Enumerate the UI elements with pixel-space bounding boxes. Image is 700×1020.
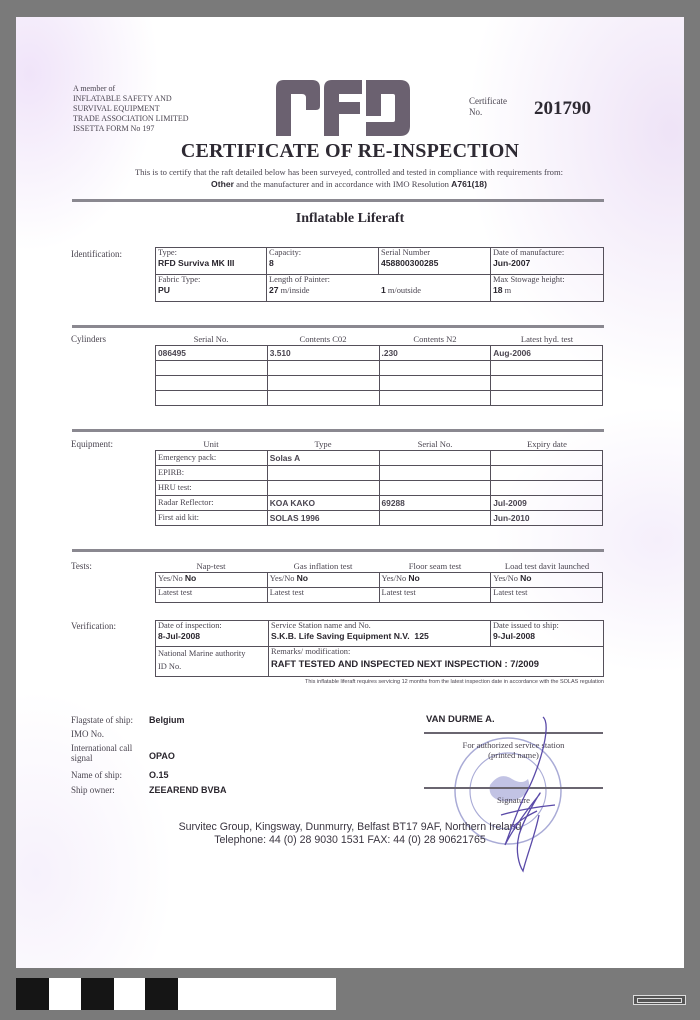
field-label: National Marine authority: [158, 647, 266, 660]
table-cell: [491, 391, 603, 406]
latest-test-cell: Latest test: [491, 588, 603, 603]
inspection-date-cell: Date of inspection:8-Jul-2008: [156, 621, 269, 647]
remarks-value: RAFT TESTED AND INSPECTED NEXT INSPECTIO…: [271, 659, 601, 669]
table-cell: [156, 361, 268, 376]
verification-table: Date of inspection:8-Jul-2008 Service St…: [155, 620, 604, 677]
certificate-number-label: Certificate No.: [469, 96, 507, 118]
archive-label-barcode: [637, 998, 682, 1003]
table-cell: First aid kit:: [156, 511, 268, 526]
field-label: Length of Painter:: [269, 275, 488, 285]
remarks-cell: Remarks/ modification:RAFT TESTED AND IN…: [269, 647, 604, 677]
yes-no-label: Yes/No: [158, 574, 183, 583]
field-label: International call: [71, 743, 132, 753]
yes-no-label: Yes/No: [493, 574, 518, 583]
tests-label: Tests:: [71, 561, 92, 571]
page-title: CERTIFICATE OF RE-INSPECTION: [0, 140, 700, 163]
table-cell: Radar Reflector:: [156, 496, 268, 511]
tests-column-headers: Nap-test Gas inflation test Floor seam t…: [155, 561, 603, 571]
table-cell: Emergency pack:: [156, 451, 268, 466]
certify-text: and the manufacturer and in accordance w…: [236, 179, 449, 189]
field-label: Serial Number: [381, 248, 488, 258]
stowage-cell: Max Stowage height:18 m: [491, 275, 604, 302]
rfd-logo-icon: [276, 80, 410, 136]
scan-calibration-block-black: [81, 978, 114, 1010]
table-cell: [267, 481, 379, 496]
field-label: Remarks/ modification:: [271, 647, 601, 657]
table-cell: [267, 376, 379, 391]
column-header: Expiry date: [491, 439, 603, 449]
column-header: Floor seam test: [379, 561, 491, 571]
fabric-value: PU: [158, 285, 264, 295]
table-row: Radar Reflector:KOA KAKO69288Jul-2009: [156, 496, 603, 511]
latest-test-cell: Latest test: [267, 588, 379, 603]
identification-label: Identification:: [71, 249, 122, 259]
ship-name-value: O.15: [149, 770, 169, 780]
identification-table: Type:RFD Surviva MK III Capacity:8 Seria…: [155, 247, 604, 302]
column-header: Contents N2: [379, 334, 491, 344]
table-cell: [379, 361, 491, 376]
table-cell: [491, 451, 603, 466]
table-cell: Aug-2006: [491, 346, 603, 361]
imo-resolution: A761(18): [451, 179, 487, 189]
certify-line: Other and the manufacturer and in accord…: [60, 178, 638, 190]
scan-calibration-block-black: [145, 978, 178, 1010]
inspector-name: VAN DURME A.: [426, 714, 495, 725]
table-cell: .230: [379, 346, 491, 361]
column-header: Contents C02: [267, 334, 379, 344]
scan-calibration-block-black: [16, 978, 49, 1010]
tests-table: Yes/No No Yes/No No Yes/No No Yes/No No …: [155, 572, 603, 603]
table-cell: HRU test:: [156, 481, 268, 496]
member-line: ISSETTA FORM No 197: [73, 124, 189, 134]
test-result: No: [297, 573, 308, 583]
association-membership: A member of INFLATABLE SAFETY AND SURVIV…: [73, 84, 189, 134]
table-cell: Jul-2009: [491, 496, 603, 511]
capacity-cell: Capacity:8: [267, 248, 379, 275]
address-line: Survitec Group, Kingsway, Dunmurry, Belf…: [0, 821, 700, 834]
gas-inflation-result: Yes/No No: [267, 573, 379, 588]
issued-date: 9-Jul-2008: [493, 631, 601, 641]
phone-line: Telephone: 44 (0) 28 9030 1531 FAX: 44 (…: [0, 834, 700, 847]
capacity-value: 8: [269, 258, 376, 268]
unit-label: m/outside: [388, 286, 421, 295]
table-cell: [491, 361, 603, 376]
field-label: Date of manufacture:: [493, 248, 601, 258]
callsign-value: OPAO: [149, 751, 175, 761]
field-label: Type:: [158, 248, 264, 258]
scan-calibration-block-white: [114, 978, 145, 1010]
type-cell: Type:RFD Surviva MK III: [156, 248, 267, 275]
column-header: Unit: [155, 439, 267, 449]
field-label: Date issued to ship:: [493, 621, 601, 631]
owner-value: ZEEAREND BVBA: [149, 785, 227, 795]
field-label: Service Station name and No.: [271, 621, 488, 631]
table-row: Emergency pack:Solas A: [156, 451, 603, 466]
field-label: Max Stowage height:: [493, 275, 601, 285]
painter-inside-value: 27: [269, 285, 279, 295]
yes-no-label: Yes/No: [382, 574, 407, 583]
painter-cell: Length of Painter: 27 m/inside 1 m/outsi…: [267, 275, 491, 302]
equipment-table: Emergency pack:Solas AEPIRB:HRU test:Rad…: [155, 450, 603, 526]
column-header: Gas inflation test: [267, 561, 379, 571]
certify-line: This is to certify that the raft detaile…: [60, 166, 638, 178]
table-row: [156, 376, 603, 391]
fabric-cell: Fabric Type:PU: [156, 275, 267, 302]
table-row: [156, 361, 603, 376]
latest-test-cell: Latest test: [379, 588, 491, 603]
table-cell: [156, 391, 268, 406]
equipment-label: Equipment:: [71, 439, 113, 449]
issued-date-cell: Date issued to ship:9-Jul-2008: [491, 621, 604, 647]
field-label: Capacity:: [269, 248, 376, 258]
inspection-date: 8-Jul-2008: [158, 631, 266, 641]
authority-cell: National Marine authorityID No.: [156, 647, 269, 677]
column-header: Serial No.: [379, 439, 491, 449]
section-divider: [72, 429, 604, 432]
load-test-result: Yes/No No: [491, 573, 603, 588]
column-header: Latest hyd. test: [491, 334, 603, 344]
table-cell: [267, 466, 379, 481]
imo-label: IMO No.: [71, 729, 104, 739]
table-row: EPIRB:: [156, 466, 603, 481]
nap-test-result: Yes/No No: [156, 573, 268, 588]
cylinders-table: 0864953.510.230Aug-2006: [155, 345, 603, 406]
scan-calibration-block-white: [49, 978, 81, 1010]
verification-label: Verification:: [71, 621, 116, 631]
table-cell: [379, 511, 491, 526]
company-address: Survitec Group, Kingsway, Dunmurry, Belf…: [0, 821, 700, 847]
field-label: ID No.: [158, 660, 266, 673]
test-result: No: [408, 573, 419, 583]
serial-cell: Serial Number458800300285: [379, 248, 491, 275]
table-cell: [491, 481, 603, 496]
column-header: Serial No.: [155, 334, 267, 344]
cylinders-column-headers: Serial No. Contents C02 Contents N2 Late…: [155, 334, 603, 344]
handwritten-signature-icon: [495, 715, 560, 875]
painter-outside-value: 1: [381, 285, 386, 295]
table-cell: [379, 376, 491, 391]
certify-authority: Other: [211, 179, 234, 189]
table-row: [156, 391, 603, 406]
serial-value: 458800300285: [381, 258, 488, 268]
scan-calibration-block-white: [178, 978, 336, 1010]
certificate-label-line: No.: [469, 107, 507, 118]
field-label: Fabric Type:: [158, 275, 264, 285]
certificate-label-line: Certificate: [469, 96, 507, 107]
table-cell: [267, 361, 379, 376]
certificate-number: 201790: [534, 98, 591, 120]
column-header: Type: [267, 439, 379, 449]
table-cell: 3.510: [267, 346, 379, 361]
callsign-label: International call signal: [71, 743, 132, 763]
cylinders-label: Cylinders: [71, 334, 106, 344]
service-station: S.K.B. Life Saving Equipment N.V. 125: [271, 631, 488, 641]
manufacture-value: Jun-2007: [493, 258, 601, 268]
ship-name-label: Name of ship:: [71, 770, 122, 780]
table-row: 0864953.510.230Aug-2006: [156, 346, 603, 361]
member-line: SURVIVAL EQUIPMENT: [73, 104, 189, 114]
unit-label: m/inside: [281, 286, 310, 295]
archive-label-tag: [633, 995, 686, 1005]
member-line: A member of: [73, 84, 189, 94]
table-cell: [491, 466, 603, 481]
member-line: INFLATABLE SAFETY AND: [73, 94, 189, 104]
servicing-note: This inflatable liferaft requires servic…: [150, 679, 604, 685]
field-label: signal: [71, 753, 132, 763]
unit-label: m: [505, 286, 512, 295]
flagstate-value: Belgium: [149, 715, 185, 725]
section-divider: [72, 325, 604, 328]
owner-label: Ship owner:: [71, 785, 115, 795]
floor-seam-result: Yes/No No: [379, 573, 491, 588]
type-value: RFD Surviva MK III: [158, 258, 264, 268]
table-cell: 086495: [156, 346, 268, 361]
section-divider: [72, 549, 604, 552]
section-divider: [72, 199, 604, 202]
table-cell: 69288: [379, 496, 491, 511]
stowage-value: 18: [493, 285, 503, 295]
certification-statement: This is to certify that the raft detaile…: [60, 166, 638, 190]
table-cell: [156, 376, 268, 391]
table-cell: [379, 391, 491, 406]
table-cell: Solas A: [267, 451, 379, 466]
table-row: First aid kit:SOLAS 1996Jun-2010: [156, 511, 603, 526]
table-cell: [379, 451, 491, 466]
table-cell: Jun-2010: [491, 511, 603, 526]
column-header: Nap-test: [155, 561, 267, 571]
flagstate-label: Flagstate of ship:: [71, 715, 133, 725]
table-cell: [267, 391, 379, 406]
equipment-column-headers: Unit Type Serial No. Expiry date: [155, 439, 603, 449]
table-cell: [379, 466, 491, 481]
table-cell: [379, 481, 491, 496]
table-row: HRU test:: [156, 481, 603, 496]
field-label: Date of inspection:: [158, 621, 266, 631]
yes-no-label: Yes/No: [270, 574, 295, 583]
service-station-cell: Service Station name and No.S.K.B. Life …: [269, 621, 491, 647]
section-title: Inflatable Liferaft: [0, 211, 700, 227]
test-result: No: [185, 573, 196, 583]
table-cell: [491, 376, 603, 391]
table-cell: KOA KAKO: [267, 496, 379, 511]
table-cell: EPIRB:: [156, 466, 268, 481]
table-cell: SOLAS 1996: [267, 511, 379, 526]
manufacture-cell: Date of manufacture:Jun-2007: [491, 248, 604, 275]
test-result: No: [520, 573, 531, 583]
latest-test-cell: Latest test: [156, 588, 268, 603]
column-header: Load test davit launched: [491, 561, 603, 571]
member-line: TRADE ASSOCIATION LIMITED: [73, 114, 189, 124]
